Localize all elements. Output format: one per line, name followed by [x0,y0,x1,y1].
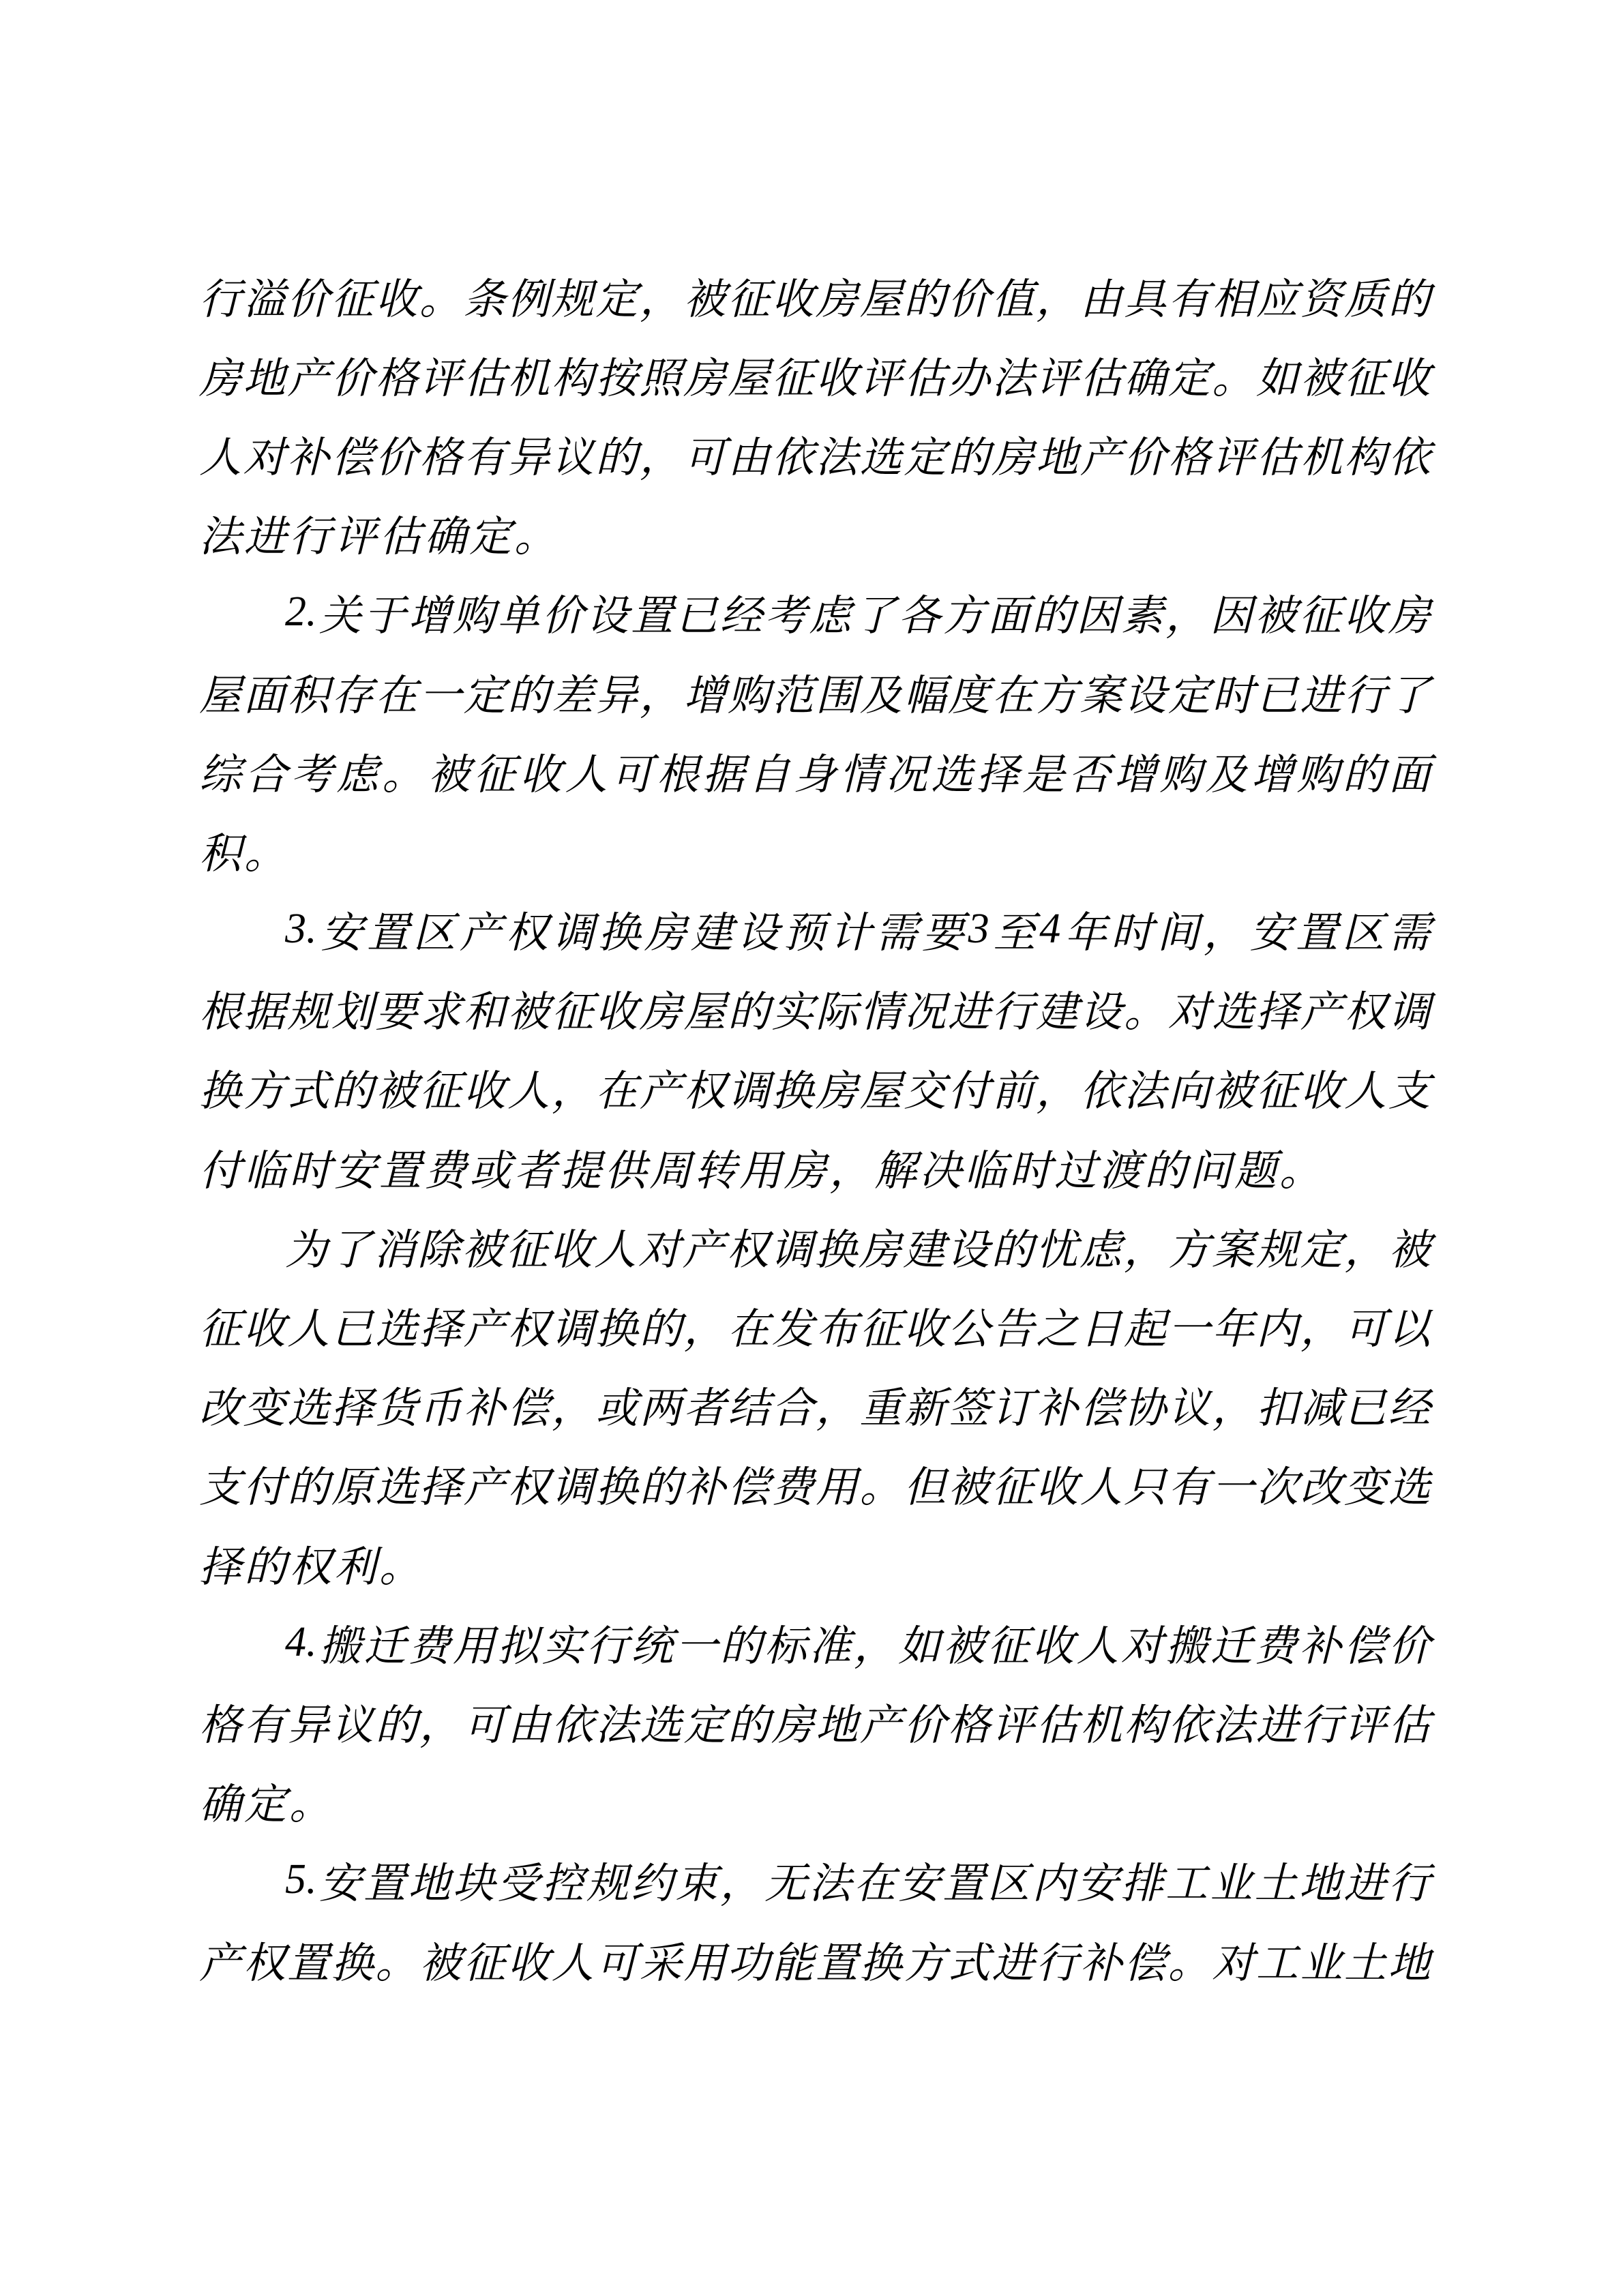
text-line: 2.关于增购单价设置已经考虑了各方面的因素，因被征收房 [199,573,1431,652]
text-line: 换方式的被征收人，在产权调换房屋交付前，依法向被征收人支 [199,1048,1431,1127]
text-line: 付临时安置费或者提供周转用房，解决临时过渡的问题。 [199,1127,1431,1206]
document-page: 行溢价征收。条例规定，被征收房屋的价值，由具有相应资质的 房地产价格评估机构按照… [0,0,1623,2296]
text-line: 4.搬迁费用拟实行统一的标准，如被征收人对搬迁费补偿价 [199,1602,1431,1682]
text-line: 法进行评估确定。 [199,494,1431,573]
text-line: 房地产价格评估机构按照房屋征收评估办法评估确定。如被征收 [199,335,1431,414]
text-line: 为了消除被征收人对产权调换房建设的忧虑，方案规定，被 [199,1206,1431,1285]
text-line: 行溢价征收。条例规定，被征收房屋的价值，由具有相应资质的 [199,256,1431,335]
text-line: 择的权利。 [199,1523,1431,1602]
text-line: 产权置换。被征收人可采用功能置换方式进行补偿。对工业土地 [199,1920,1431,1999]
text-line: 确定。 [199,1761,1431,1840]
text-block: 行溢价征收。条例规定，被征收房屋的价值，由具有相应资质的 房地产价格评估机构按照… [199,256,1431,1999]
text-line: 格有异议的，可由依法选定的房地产价格评估机构依法进行评估 [199,1682,1431,1761]
text-line: 综合考虑。被征收人可根据自身情况选择是否增购及增购的面 [199,731,1431,810]
text-line: 积。 [199,810,1431,889]
text-line: 征收人已选择产权调换的，在发布征收公告之日起一年内，可以 [199,1285,1431,1365]
text-line: 人对补偿价格有异议的，可由依法选定的房地产价格评估机构依 [199,414,1431,493]
text-line: 屋面积存在一定的差异，增购范围及幅度在方案设定时已进行了 [199,652,1431,731]
text-line: 3.安置区产权调换房建设预计需要3至4年时间，安置区需 [199,890,1431,969]
text-line: 改变选择货币补偿，或两者结合，重新签订补偿协议，扣减已经 [199,1365,1431,1444]
text-line: 根据规划要求和被征收房屋的实际情况进行建设。对选择产权调 [199,969,1431,1048]
text-line: 支付的原选择产权调换的补偿费用。但被征收人只有一次改变选 [199,1444,1431,1523]
text-line: 5.安置地块受控规约束，无法在安置区内安排工业土地进行 [199,1840,1431,1920]
